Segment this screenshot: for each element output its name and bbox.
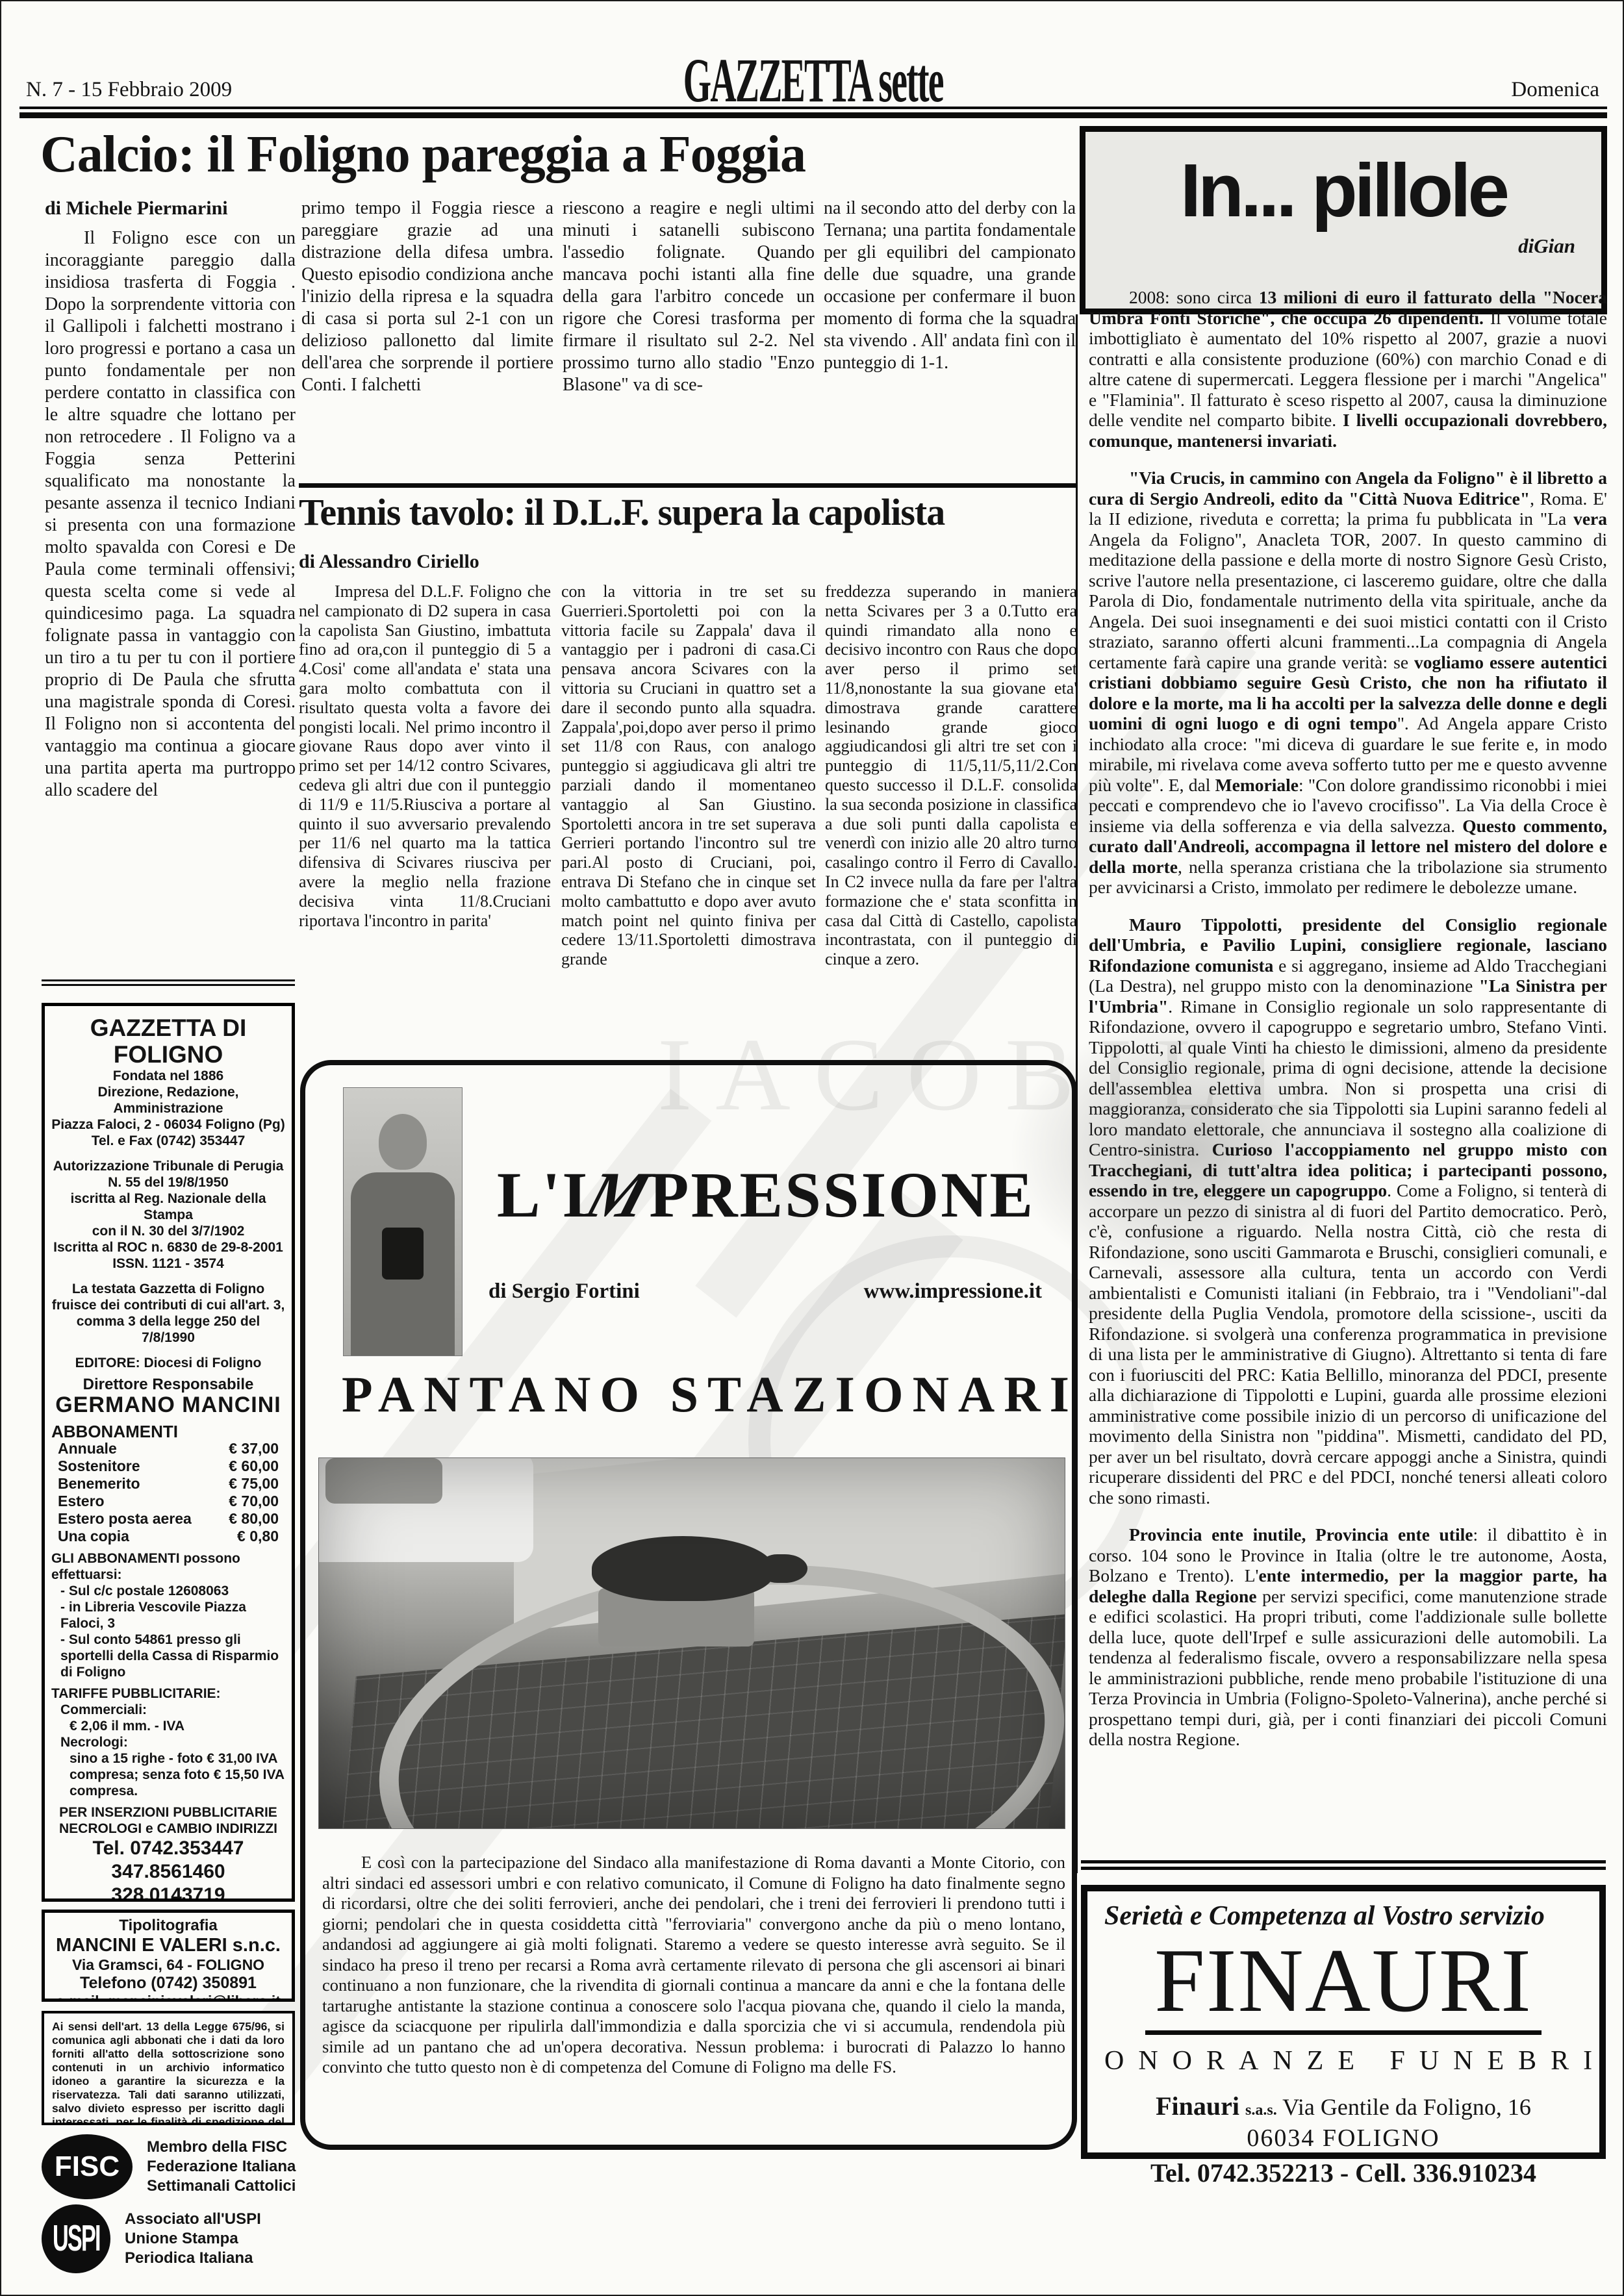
subscription-label: Estero posta aerea xyxy=(58,1510,192,1528)
masthead-title: GAZZETTA sette xyxy=(683,44,943,116)
fisc-membership: FISC Membro della FISC Federazione Itali… xyxy=(42,2134,296,2199)
finauri-tagline: Serietà e Competenza al Vostro servizio xyxy=(1104,1900,1582,1932)
sidebar-subs-note: - in Libreria Vescovile Piazza Faloci, 3 xyxy=(51,1599,285,1632)
masthead: GAZZETTA sette xyxy=(1,44,1624,116)
impressione-byline: di Sergio Fortini xyxy=(488,1280,640,1304)
sidebar-grant-note: La testata Gazzetta di Foligno fruisce d… xyxy=(51,1281,285,1346)
portrait-head-shape xyxy=(379,1114,427,1170)
sidebar-director-label: Direttore Responsabile xyxy=(51,1376,285,1393)
subscription-value: € 0,80 xyxy=(237,1528,279,1545)
soccer-col-2: primo tempo il Foggia riesce a pareggiar… xyxy=(301,197,553,488)
finauri-top-rule-1 xyxy=(1081,1860,1606,1863)
subscription-label: Sostenitore xyxy=(58,1457,140,1475)
impressione-box: L'IMPRESSIONE di Sergio Fortini www.impr… xyxy=(300,1060,1077,2150)
tennis-col-2: con la vittoria in tre set su Guerrieri.… xyxy=(561,582,816,1029)
photo-vignette xyxy=(319,1458,1065,1828)
pillole-box: In... pillole diGian xyxy=(1080,126,1607,314)
sidebar-tariff-value: € 2,06 il mm. - IVA xyxy=(51,1718,285,1734)
subscription-row: Estero posta aerea € 80,00 xyxy=(51,1510,285,1528)
soccer-col-3: riescono a reagire e negli ultimi minuti… xyxy=(563,197,815,488)
tennis-headline: Tennis tavolo: il D.L.F. supera la capol… xyxy=(299,494,945,531)
subscription-label: Benemerito xyxy=(58,1475,140,1493)
header-rule-thick xyxy=(19,112,1607,118)
printer-line: Telefono (0742) 350891 xyxy=(47,1974,289,1993)
sidebar-phone: Tel. e Fax (0742) 353447 xyxy=(51,1133,285,1149)
subscription-row: Sostenitore € 60,00 xyxy=(51,1457,285,1475)
pillole-byline: diGian xyxy=(1085,234,1601,258)
impressione-logo: L'IMPRESSIONE xyxy=(477,1157,1055,1232)
subscription-row: Estero € 70,00 xyxy=(51,1493,285,1510)
newspaper-page: IACOBILLI N. 7 - 15 Febbraio 2009 GAZZET… xyxy=(0,0,1624,2296)
finauri-logo: FINAURI xyxy=(1145,1936,1542,2035)
pillole-paragraph: 2008: sono circa 13 milioni di euro il f… xyxy=(1089,287,1607,451)
sidebar-subs-note: - Sul c/c postale 12608063 xyxy=(51,1583,285,1599)
privacy-box: Ai sensi dell'art. 13 della Legge 675/96… xyxy=(42,2011,295,2125)
uspi-line: Associato all'USPI xyxy=(125,2210,261,2229)
sidebar-subs-note: - Sul conto 54861 presso gli sportelli d… xyxy=(51,1632,285,1680)
fisc-line: Membro della FISC xyxy=(147,2138,296,2157)
sidebar-tariff-value: sino a 15 righe - foto € 31,00 IVA compr… xyxy=(51,1750,285,1799)
fisc-line: Settimanali Cattolici xyxy=(147,2176,296,2196)
sidebar-address: Direzione, Redazione, Amministrazione xyxy=(51,1084,285,1116)
camera-icon xyxy=(382,1228,424,1280)
sidebar-subscriptions-title: ABBONAMENTI xyxy=(51,1424,285,1440)
pillole-title: In... pillole xyxy=(1085,153,1601,228)
finauri-company: Finauri xyxy=(1156,2091,1239,2121)
sidebar-masthead-box: GAZZETTA DI FOLIGNO Fondata nel 1886 Dir… xyxy=(42,1003,295,1902)
soccer-col-4: na il secondo atto del derby con la Tern… xyxy=(824,197,1076,488)
logo-part: L'I xyxy=(497,1159,589,1231)
subscription-row: Una copia € 0,80 xyxy=(51,1528,285,1545)
pillole-paragraph: Provincia ente inutile, Provincia ente u… xyxy=(1089,1524,1607,1750)
finauri-subtitle: ONORANZE FUNEBRI xyxy=(1104,2045,1582,2076)
subscription-row: Annuale € 37,00 xyxy=(51,1440,285,1457)
fisc-line: Federazione Italiana xyxy=(147,2157,296,2176)
fisc-logo-icon: FISC xyxy=(42,2134,133,2199)
subscription-value: € 60,00 xyxy=(229,1457,279,1475)
pillole-paragraph: Mauro Tippolotti, presidente del Consigl… xyxy=(1089,915,1607,1508)
sidebar-ads-contact: PER INSERZIONI PUBBLICITARIE xyxy=(51,1804,285,1821)
sidebar-authorization: iscritta al Reg. Nazionale della Stampa xyxy=(51,1191,285,1223)
printer-name: MANCINI E VALERI s.n.c. xyxy=(47,1935,289,1956)
printer-box: Tipolitografia MANCINI E VALERI s.n.c. V… xyxy=(42,1910,295,2002)
impressione-website: www.impressione.it xyxy=(864,1280,1042,1304)
uspi-line: Unione Stampa xyxy=(125,2229,261,2249)
sidebar-rule-2 xyxy=(42,984,295,986)
sidebar-ads-phone: 347.8561460 xyxy=(51,1860,285,1884)
sidebar-rule-1 xyxy=(42,979,295,981)
sidebar-address: Piazza Faloci, 2 - 06034 Foligno (Pg) xyxy=(51,1116,285,1133)
sidebar-tariff-label: Necrologi: xyxy=(51,1734,285,1750)
sidebar-authorization: con il N. 30 del 3/7/1902 xyxy=(51,1223,285,1239)
subscription-label: Una copia xyxy=(58,1528,129,1545)
finauri-sas: s.a.s. xyxy=(1245,2102,1277,2119)
soccer-headline: Calcio: il Foligno pareggia a Foggia xyxy=(40,129,806,181)
subscription-value: € 75,00 xyxy=(229,1475,279,1493)
sidebar-subs-note-title: GLI ABBONAMENTI possono effettuarsi: xyxy=(51,1550,285,1583)
turtle-fountain-photo xyxy=(318,1457,1065,1829)
tennis-top-rule xyxy=(299,483,1077,488)
sidebar-ads-phone: 328.0143719 xyxy=(51,1884,285,1902)
sidebar-title: GAZZETTA DI FOLIGNO xyxy=(51,1015,285,1068)
sidebar-ads-phone: Tel. 0742.353447 xyxy=(51,1837,285,1860)
sidebar-issn: ISSN. 1121 - 3574 xyxy=(51,1255,285,1272)
uspi-line: Periodica Italiana xyxy=(125,2249,261,2268)
sidebar-founded: Fondata nel 1886 xyxy=(51,1068,285,1084)
sidebar-authorization: N. 55 del 19/8/1950 xyxy=(51,1174,285,1191)
header-day: Domenica xyxy=(1511,78,1599,102)
uspi-logo-icon: USPI xyxy=(42,2204,110,2273)
sidebar-authorization: Autorizzazione Tribunale di Perugia xyxy=(51,1158,285,1174)
subscription-value: € 70,00 xyxy=(229,1493,279,1510)
soccer-col-1: Il Foligno esce con un incoraggiante par… xyxy=(45,227,296,976)
uspi-membership: USPI Associato all'USPI Unione Stampa Pe… xyxy=(42,2204,296,2273)
finauri-city: 06034 FOLIGNO xyxy=(1104,2124,1582,2152)
finauri-ad: Serietà e Competenza al Vostro servizio … xyxy=(1081,1885,1606,2159)
tennis-col-1: Impresa del D.L.F. Foligno che nel campi… xyxy=(299,582,551,1029)
printer-line: Tipolitografia xyxy=(47,1917,289,1935)
impressione-headline: PANTANO STAZIONARIO xyxy=(342,1365,1077,1424)
tennis-col-3: freddezza superando in maniera netta Sci… xyxy=(825,582,1077,1029)
sidebar-authorization: Iscritta al ROC n. 6830 de 29-8-2001 xyxy=(51,1239,285,1255)
finauri-top-rule-2 xyxy=(1081,1867,1606,1870)
finauri-street: Via Gentile da Foligno, 16 xyxy=(1282,2094,1531,2120)
subscription-label: Estero xyxy=(58,1493,105,1510)
sidebar-publisher: EDITORE: Diocesi di Foligno xyxy=(51,1355,285,1371)
author-portrait-photo xyxy=(343,1087,463,1356)
subscription-label: Annuale xyxy=(58,1440,117,1457)
finauri-phone: Tel. 0742.352213 - Cell. 336.910234 xyxy=(1104,2158,1582,2188)
pillole-column: 2008: sono circa 13 milioni di euro il f… xyxy=(1089,287,1607,1865)
sidebar-tariffs-title: TARIFFE PUBBLICITARIE: xyxy=(51,1685,285,1702)
impressione-body: E così con la partecipazione del Sindaco… xyxy=(322,1852,1065,2146)
sidebar-tariff-label: Commerciali: xyxy=(51,1702,285,1718)
finauri-address: Finauri s.a.s. Via Gentile da Foligno, 1… xyxy=(1104,2091,1582,2121)
subscription-row: Benemerito € 75,00 xyxy=(51,1475,285,1493)
sidebar-ads-contact: NECROLOGI e CAMBIO INDIRIZZI xyxy=(51,1821,285,1837)
subscription-value: € 80,00 xyxy=(229,1510,279,1528)
pillole-paragraph: "Via Crucis, in cammino con Angela da Fo… xyxy=(1089,468,1607,898)
subscription-value: € 37,00 xyxy=(229,1440,279,1457)
header-rule-thin xyxy=(19,107,1607,109)
soccer-byline: di Michele Piermarini xyxy=(45,197,228,220)
printer-line: Via Gramsci, 64 - FOLIGNO xyxy=(47,1956,289,1974)
logo-part: PRESSIONE xyxy=(649,1159,1035,1231)
sidebar-director: GERMANO MANCINI xyxy=(51,1393,285,1417)
tennis-byline: di Alessandro Ciriello xyxy=(299,551,479,573)
printer-line: e-mail: mancinievaleri@libero.it xyxy=(47,1993,289,2002)
